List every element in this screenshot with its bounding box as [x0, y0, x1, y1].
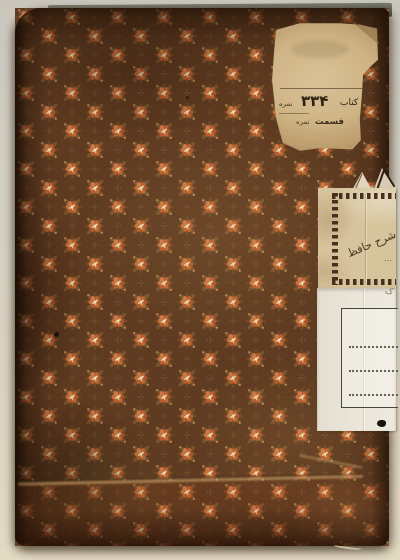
- book-number-digits: ۳۳۴: [301, 92, 328, 110]
- form-dotted-line: [349, 370, 398, 372]
- photo-background: نمره ۳۳۴ کتاب نمره قسمت شرح حافظ … ک: [0, 0, 400, 560]
- title-trailing-dots: …: [384, 254, 392, 263]
- form-box: [341, 308, 398, 408]
- label-printed-form: [317, 288, 396, 431]
- ink-speck: [186, 96, 189, 99]
- bead-border-bottom: [332, 279, 396, 285]
- ink-blot: [377, 420, 386, 427]
- ruled-line: [280, 88, 366, 89]
- ink-speck: [54, 332, 59, 337]
- label-title-frame: شرح حافظ …: [318, 188, 396, 288]
- book-word: کتاب: [340, 98, 358, 108]
- ruled-line-short: [279, 113, 309, 114]
- erased-pencil-smudge: [291, 40, 349, 58]
- bead-border-top: [332, 193, 396, 199]
- bead-border-left: [332, 193, 338, 285]
- section-word: قسمت: [315, 117, 344, 127]
- number-word-left: نمره: [279, 100, 293, 108]
- form-dotted-line: [349, 394, 398, 396]
- section-number-word: نمره: [296, 118, 310, 126]
- form-dotted-line: [349, 346, 398, 348]
